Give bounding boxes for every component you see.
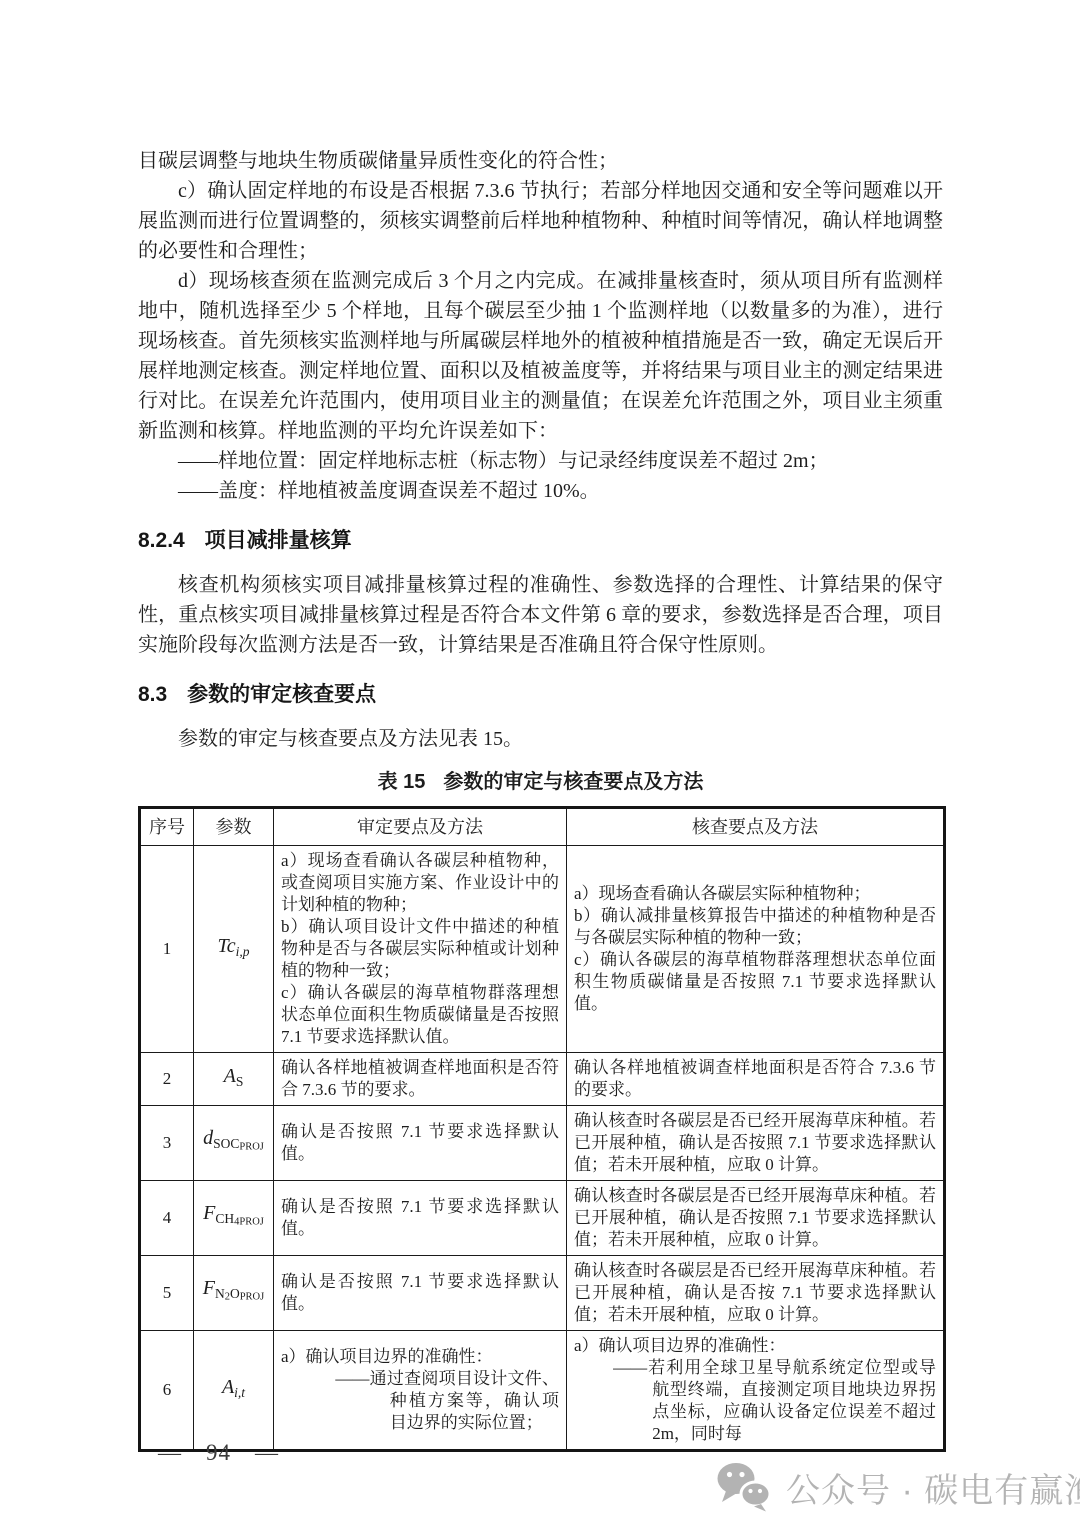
table-caption-title: 参数的审定与核查要点及方法 <box>443 771 703 793</box>
dash-item-coverage: ——盖度：样地植被盖度调查误差不超过 10%。 <box>138 476 943 506</box>
parameter-formula: Tci,p <box>217 935 249 957</box>
parameter-cell: Tci,p <box>194 846 274 1053</box>
table-row: 3 dSOCPROJ 确认是否按照 7.1 节要求选择默认值。 确认核查时各碳层… <box>140 1106 945 1181</box>
validation-cell: 确认是否按照 7.1 节要求选择默认值。 <box>274 1181 567 1256</box>
page-number-dash-right: — <box>255 1440 279 1465</box>
parameter-formula: FCH4PROJ <box>203 1202 264 1224</box>
verification-cell: a）确认项目边界的准确性： ——若利用全球卫星导航系统定位型或导航型终端，直接测… <box>567 1331 945 1451</box>
watermark: 公众号 · 碳电有赢渔 <box>716 1462 1080 1512</box>
parameter-formula: FN2OPROJ <box>203 1277 264 1299</box>
parameter-cell: Ai,t <box>194 1331 274 1451</box>
section-heading-8-3: 8.3参数的审定核查要点 <box>138 680 943 710</box>
parameter-formula: Ai,t <box>222 1376 245 1398</box>
page-number-dash-left: — <box>158 1440 182 1465</box>
table-15: 序号 参数 审定要点及方法 核查要点及方法 1 Tci,p a）现场查看确认各碳… <box>138 806 946 1452</box>
col-header-serial: 序号 <box>140 808 194 846</box>
table-15-caption: 表 15参数的审定与核查要点及方法 <box>138 768 943 796</box>
section-title: 项目减排量核算 <box>205 529 352 552</box>
serial-cell: 6 <box>140 1331 194 1451</box>
serial-cell: 5 <box>140 1256 194 1331</box>
verification-cell: 确认核查时各碳层是否已经开展海草床种植。若已开展种植，确认是否按照 7.1 节要… <box>567 1106 945 1181</box>
section-heading-8-2-4: 8.2.4项目减排量核算 <box>138 526 943 556</box>
verification-cell: 确认核查时各碳层是否已经开展海草床种植。若已开展种植，确认是否按照 7.1 节要… <box>567 1181 945 1256</box>
section-title: 参数的审定核查要点 <box>187 683 376 706</box>
table-row: 4 FCH4PROJ 确认是否按照 7.1 节要求选择默认值。 确认核查时各碳层… <box>140 1181 945 1256</box>
parameter-cell: FCH4PROJ <box>194 1181 274 1256</box>
paragraph-continuation: 目碳层调整与地块生物质碳储量异质性变化的符合性； <box>138 146 943 176</box>
validation-cell: a）现场查看确认各碳层种植物种，或查阅项目实施方案、作业设计中的计划种植的物种；… <box>274 846 567 1053</box>
page-number-value: 94 <box>206 1440 231 1465</box>
validation-cell: 确认是否按照 7.1 节要求选择默认值。 <box>274 1256 567 1331</box>
serial-cell: 3 <box>140 1106 194 1181</box>
list-item-d: d）现场核查须在监测完成后 3 个月之内完成。在减排量核查时，须从项目所有监测样… <box>138 266 943 446</box>
verification-cell: 确认各样地植被调查样地面积是否符合 7.3.6 节的要求。 <box>567 1053 945 1106</box>
section-number: 8.2.4 <box>138 529 185 552</box>
validation-cell: 确认是否按照 7.1 节要求选择默认值。 <box>274 1106 567 1181</box>
parameter-cell: dSOCPROJ <box>194 1106 274 1181</box>
parameter-formula: AS <box>224 1065 244 1087</box>
section-number: 8.3 <box>138 683 167 706</box>
col-header-validation: 审定要点及方法 <box>274 808 567 846</box>
table-header-row: 序号 参数 审定要点及方法 核查要点及方法 <box>140 808 945 846</box>
col-header-parameter: 参数 <box>194 808 274 846</box>
table-row: 6 Ai,t a）确认项目边界的准确性： ——通过查阅项目设计文件、种植方案等，… <box>140 1331 945 1451</box>
parameter-formula: dSOCPROJ <box>203 1127 264 1149</box>
verification-cell: a）现场查看确认各碳层实际种植物种； b）确认减排量核算报告中描述的种植物种是否… <box>567 846 945 1053</box>
serial-cell: 4 <box>140 1181 194 1256</box>
serial-cell: 1 <box>140 846 194 1053</box>
table-row: 5 FN2OPROJ 确认是否按照 7.1 节要求选择默认值。 确认核查时各碳层… <box>140 1256 945 1331</box>
document-page: 目碳层调整与地块生物质碳储量异质性变化的符合性； c）确认固定样地的布设是否根据… <box>0 0 1080 1528</box>
col-header-verification: 核查要点及方法 <box>567 808 945 846</box>
table-row: 1 Tci,p a）现场查看确认各碳层种植物种，或查阅项目实施方案、作业设计中的… <box>140 846 945 1053</box>
page-content: 目碳层调整与地块生物质碳储量异质性变化的符合性； c）确认固定样地的布设是否根据… <box>138 146 943 1452</box>
list-item-c: c）确认固定样地的布设是否根据 7.3.6 节执行；若部分样地因交通和安全等问题… <box>138 176 943 266</box>
table-row: 2 AS 确认各样地植被调查样地面积是否符合 7.3.6 节的要求。 确认各样地… <box>140 1053 945 1106</box>
section-8-3-body: 参数的审定与核查要点及方法见表 15。 <box>138 724 943 754</box>
dash-item-plot-position: ——样地位置：固定样地标志桩（标志物）与记录经纬度误差不超过 2m； <box>138 446 943 476</box>
wechat-icon <box>716 1462 772 1512</box>
verification-cell: 确认核查时各碳层是否已经开展海草床种植。若已开展种植，确认是否按 7.1 节要求… <box>567 1256 945 1331</box>
serial-cell: 2 <box>140 1053 194 1106</box>
validation-cell: 确认各样地植被调查样地面积是否符合 7.3.6 节的要求。 <box>274 1053 567 1106</box>
validation-cell: a）确认项目边界的准确性： ——通过查阅项目设计文件、种植方案等，确认项目边界的… <box>274 1331 567 1451</box>
page-number: —94— <box>146 1440 291 1466</box>
section-8-2-4-body: 核查机构须核实项目减排量核算过程的准确性、参数选择的合理性、计算结果的保守性，重… <box>138 570 943 660</box>
parameter-cell: AS <box>194 1053 274 1106</box>
watermark-label: 公众号 · 碳电有赢渔 <box>786 1463 1080 1512</box>
parameter-cell: FN2OPROJ <box>194 1256 274 1331</box>
table-caption-label: 表 15 <box>378 771 426 793</box>
